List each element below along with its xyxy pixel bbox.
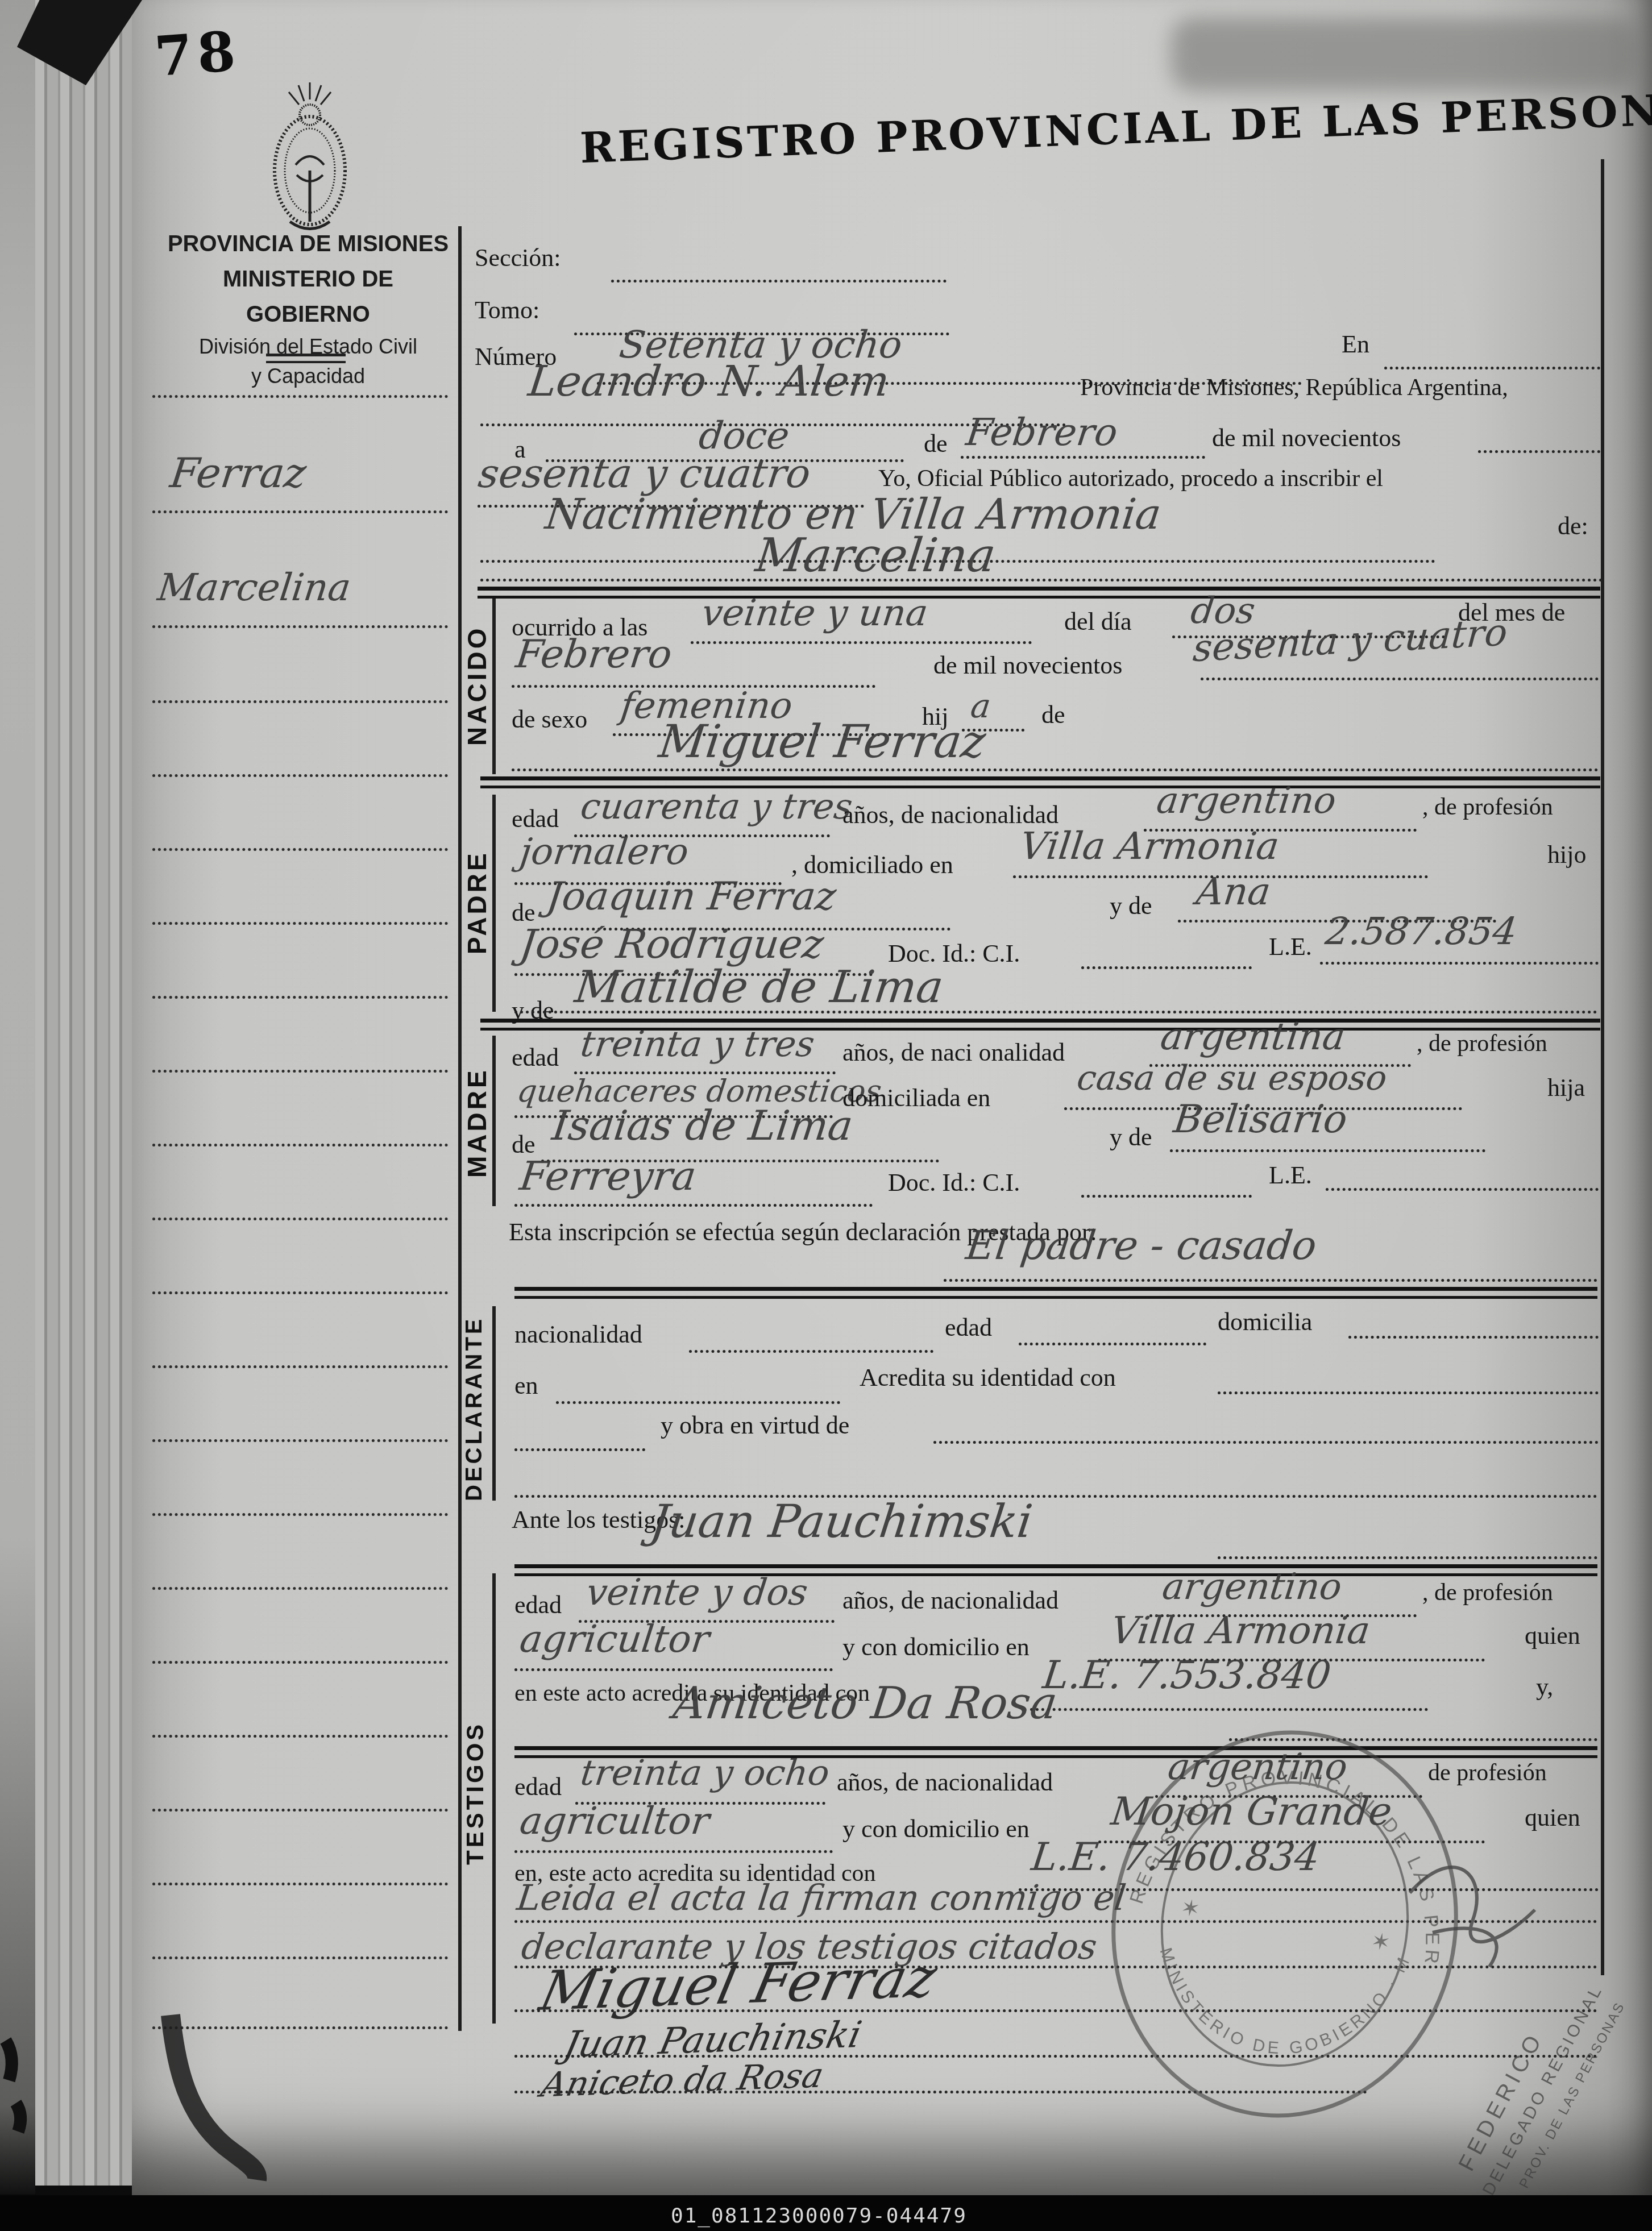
stamps-layer: REGISTRO PROVINCIAL DE LAS PERSONAS MINI… xyxy=(0,0,1652,2231)
scan-reference-code: 01_081123000079-044479 xyxy=(671,2204,967,2228)
oval-stamp-icon: REGISTRO PROVINCIAL DE LAS PERSONAS MINI… xyxy=(0,0,1652,2143)
stamp-ring-top-text: REGISTRO PROVINCIAL DE LAS PERSONAS xyxy=(7,0,1652,1970)
stamp-star-left: ✶ xyxy=(1179,1894,1202,1922)
diagonal-stamp: FEDERICO DELEGADO REGIONAL REG. PROV. DE… xyxy=(1438,1965,1630,2231)
scanned-birth-record: 78 REGISTRO PROVINCIAL DE LAS PERSONAS P… xyxy=(0,0,1652,2231)
scan-edge-marks xyxy=(6,2041,20,2132)
stamp-ring-bottom-text: MINISTERIO DE GOBIERNO · MISIONES xyxy=(0,0,1652,2079)
svg-text:MINISTERIO DE GOBIERNO · MISIO: MINISTERIO DE GOBIERNO · MISIONES xyxy=(0,0,1652,2079)
book-spine-shadow xyxy=(171,2015,257,2180)
svg-text:REGISTRO PROVINCIAL DE LAS PER: REGISTRO PROVINCIAL DE LAS PERSONAS xyxy=(7,0,1652,1970)
stamp-star-right: ✶ xyxy=(1369,1927,1392,1956)
